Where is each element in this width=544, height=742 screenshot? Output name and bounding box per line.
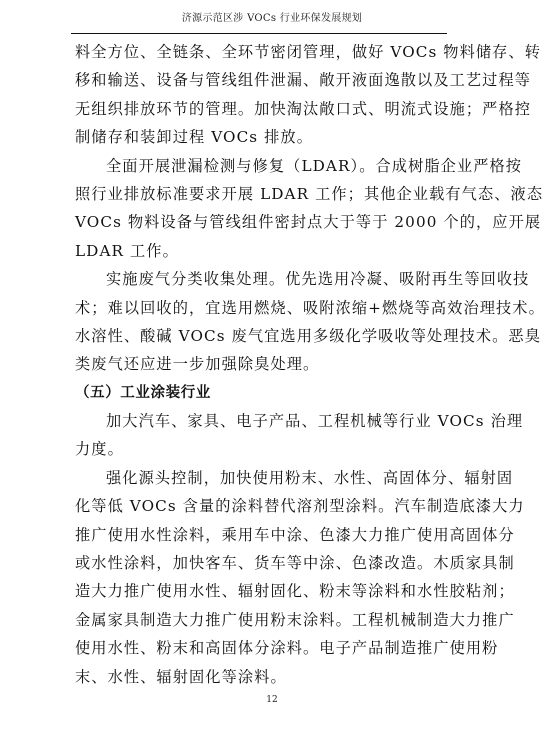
page-header-title: 济源示范区涉 VOCs 行业环保发展规划: [0, 9, 544, 24]
text-line: 料全方位、全链条、全环节密闭管理，做好 VOCs 物料储存、转: [75, 38, 467, 66]
text-line: 末、水性、辐射固化等涂料。: [75, 663, 467, 691]
text-line: 金属家具制造大力推广使用粉末涂料。工程机械制造大力推广: [75, 606, 467, 634]
paragraph-first-line: 全面开展泄漏检测与修复（LDAR）。合成树脂企业严格按: [75, 152, 467, 180]
paragraph-first-line: 强化源头控制，加快使用粉末、水性、高固体分、辐射固: [75, 464, 467, 492]
text-line: 术；难以回收的，宜选用燃烧、吸附浓缩+燃烧等高效治理技术。: [75, 294, 467, 322]
text-line: 化等低 VOCs 含量的涂料替代溶剂型涂料。汽车制造底漆大力: [75, 492, 467, 520]
text-line: VOCs 物料设备与管线组件密封点大于等于 2000 个的，应开展: [75, 208, 467, 236]
text-line: 力度。: [75, 435, 467, 463]
text-line: 移和输送、设备与管线组件泄漏、敞开液面逸散以及工艺过程等: [75, 66, 467, 94]
text-line: LDAR 工作。: [75, 237, 467, 265]
document-body: 料全方位、全链条、全环节密闭管理，做好 VOCs 物料储存、转 移和输送、设备与…: [75, 38, 467, 691]
text-line: 造大力推广使用水性、辐射固化、粉末等涂料和水性胶粘剂；: [75, 577, 467, 605]
paragraph-first-line: 实施废气分类收集处理。优先选用冷凝、吸附再生等回收技: [75, 265, 467, 293]
header-divider: [71, 33, 447, 34]
text-line: 或水性涂料，加快客车、货车等中涂、色漆改造。木质家具制: [75, 549, 467, 577]
text-line: 照行业排放标准要求开展 LDAR 工作；其他企业载有气态、液态: [75, 180, 467, 208]
text-line: 无组织排放环节的管理。加快淘汰敞口式、明流式设施；严格控: [75, 95, 467, 123]
text-line: 类废气还应进一步加强除臭处理。: [75, 350, 467, 378]
text-line: 制储存和装卸过程 VOCs 排放。: [75, 123, 467, 151]
paragraph-first-line: 加大汽车、家具、电子产品、工程机械等行业 VOCs 治理: [75, 407, 467, 435]
text-line: 使用水性、粉末和高固体分涂料。电子产品制造推广使用粉: [75, 634, 467, 662]
section-heading: （五）工业涂装行业: [75, 379, 467, 407]
page-number: 12: [0, 695, 544, 705]
text-line: 水溶性、酸碱 VOCs 废气宜选用多级化学吸收等处理技术。恶臭: [75, 322, 467, 350]
text-line: 推广使用水性涂料，乘用车中涂、色漆大力推广使用高固体分: [75, 521, 467, 549]
